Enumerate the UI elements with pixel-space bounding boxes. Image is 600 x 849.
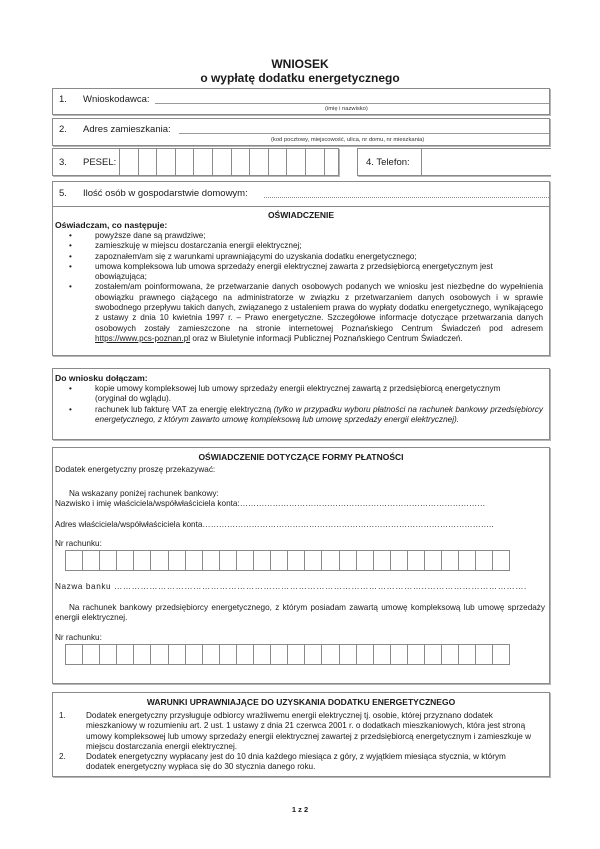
- account-digit-cell[interactable]: [133, 644, 151, 665]
- account-digit-cell[interactable]: [253, 550, 271, 571]
- address-field[interactable]: [179, 133, 549, 134]
- declaration-list: •powyższe dane są prawdziwe; •zamieszkuj…: [95, 231, 543, 344]
- pesel-digit-cell[interactable]: [305, 148, 325, 176]
- account-number-input[interactable]: [65, 550, 510, 571]
- pesel-digit-cell[interactable]: [193, 148, 213, 176]
- account-digit-cell[interactable]: [236, 644, 254, 665]
- field-number: 2.: [59, 124, 67, 135]
- account-digit-cell[interactable]: [304, 644, 322, 665]
- account-digit-cell[interactable]: [82, 550, 100, 571]
- account-digit-cell[interactable]: [373, 550, 391, 571]
- account-digit-cell[interactable]: [270, 644, 288, 665]
- condition-item: 1.Dodatek energetyczny przysługuje odbio…: [59, 711, 537, 752]
- account-number-label: Nr rachunku:: [55, 633, 102, 643]
- household-label: Ilość osób w gospodarstwie domowym:: [83, 188, 248, 199]
- account-digit-cell[interactable]: [304, 550, 322, 571]
- account-digit-cell[interactable]: [356, 644, 374, 665]
- account-digit-cell[interactable]: [356, 550, 374, 571]
- declaration-item: •powyższe dane są prawdziwe;: [95, 231, 543, 241]
- field-number: 5.: [59, 188, 67, 199]
- pesel-digit-cell[interactable]: [268, 148, 288, 176]
- account-digit-cell[interactable]: [492, 550, 510, 571]
- account-owner-address-field[interactable]: Adres właściciela/współwłaściciela konta…: [55, 520, 545, 530]
- pesel-digit-cell[interactable]: [286, 148, 306, 176]
- account-digit-cell[interactable]: [475, 644, 493, 665]
- account-digit-cell[interactable]: [458, 644, 476, 665]
- account-digit-cell[interactable]: [441, 550, 459, 571]
- address-section: 2. Adres zamieszkania: (kod pocztowy, mi…: [52, 118, 550, 146]
- account-digit-cell[interactable]: [65, 644, 83, 665]
- account-digit-cell[interactable]: [373, 644, 391, 665]
- account-digit-cell[interactable]: [116, 644, 134, 665]
- account-digit-cell[interactable]: [99, 550, 117, 571]
- field-number: 3.: [59, 157, 67, 168]
- account-digit-cell[interactable]: [407, 644, 425, 665]
- account-digit-cell[interactable]: [407, 550, 425, 571]
- household-section: 5. Ilość osób w gospodarstwie domowym:: [52, 181, 550, 207]
- account-digit-cell[interactable]: [321, 550, 339, 571]
- pesel-label: PESEL:: [83, 157, 116, 168]
- condition-item: 2.Dodatek energetyczny wypłacany jest do…: [59, 752, 537, 773]
- pesel-digit-cell[interactable]: [175, 148, 195, 176]
- account-digit-cell[interactable]: [150, 644, 168, 665]
- applicant-hint: (imię i nazwisko): [325, 106, 368, 112]
- account-digit-cell[interactable]: [339, 644, 357, 665]
- account-digit-cell[interactable]: [424, 644, 442, 665]
- account-digit-cell[interactable]: [185, 644, 203, 665]
- account-digit-cell[interactable]: [321, 644, 339, 665]
- account-digit-cell[interactable]: [339, 550, 357, 571]
- payment-option-own-account[interactable]: Na wskazany poniżej rachunek bankowy:: [69, 489, 219, 499]
- account-digit-cell[interactable]: [390, 644, 408, 665]
- account-digit-cell[interactable]: [253, 644, 271, 665]
- declaration-item: •zostałem/am poinformowana, że przetwarz…: [95, 282, 543, 344]
- account-digit-cell[interactable]: [150, 550, 168, 571]
- attachments-title: Do wniosku dołączam:: [55, 373, 148, 383]
- account-digit-cell[interactable]: [390, 550, 408, 571]
- attachment-item: •kopie umowy kompleksowej lub umowy sprz…: [95, 384, 543, 405]
- account-digit-cell[interactable]: [441, 644, 459, 665]
- account-owner-name-field[interactable]: Nazwisko i imię właściciela/współwłaścic…: [55, 499, 545, 509]
- account-digit-cell[interactable]: [492, 644, 510, 665]
- account-digit-cell[interactable]: [287, 644, 305, 665]
- applicant-name-field[interactable]: [155, 103, 549, 104]
- account-digit-cell[interactable]: [424, 550, 442, 571]
- phone-section: 4. Telefon:: [357, 148, 550, 176]
- bank-name-field[interactable]: Nazwa banku ……………………………………………………………………………: [55, 582, 545, 592]
- account-number-label: Nr rachunku:: [55, 539, 102, 549]
- conditions-list: 1.Dodatek energetyczny przysługuje odbio…: [59, 711, 537, 773]
- applicant-label: Wnioskodawca:: [83, 94, 150, 105]
- form-subtitle: o wypłatę dodatku energetycznego: [0, 71, 600, 85]
- declaration-item: •umowa kompleksowa lub umowa sprzedaży e…: [95, 262, 543, 283]
- payment-section: OŚWIADCZENIE DOTYCZĄCE FORMY PŁATNOŚCI D…: [52, 447, 550, 684]
- declaration-title: OŚWIADCZENIE: [53, 210, 549, 220]
- page-number: 1 z 2: [0, 805, 600, 814]
- conditions-section: WARUNKI UPRAWNIAJĄCE DO UZYSKANIA DODATK…: [52, 692, 550, 777]
- account-digit-cell[interactable]: [475, 550, 493, 571]
- payment-option-energy-company[interactable]: Na rachunek bankowy przedsiębiorcy energ…: [55, 603, 545, 624]
- account-digit-cell[interactable]: [202, 550, 220, 571]
- payment-title: OŚWIADCZENIE DOTYCZĄCE FORMY PŁATNOŚCI: [53, 452, 549, 462]
- account-digit-cell[interactable]: [168, 644, 186, 665]
- form-title: WNIOSEK: [0, 57, 600, 71]
- account-digit-cell[interactable]: [185, 550, 203, 571]
- declaration-item: •zamieszkuję w miejscu dostarczania ener…: [95, 241, 543, 251]
- pesel-section: 3. PESEL:: [52, 148, 339, 176]
- pesel-digit-cell[interactable]: [212, 148, 232, 176]
- pesel-digit-cell[interactable]: [249, 148, 269, 176]
- declaration-section: OŚWIADCZENIE Oświadczam, co następuje: •…: [52, 206, 550, 356]
- account-digit-cell[interactable]: [219, 550, 237, 571]
- account-digit-cell[interactable]: [133, 550, 151, 571]
- pcs-website-link[interactable]: https://www.pcs-poznan.pl: [95, 334, 190, 343]
- account-digit-cell[interactable]: [219, 644, 237, 665]
- pesel-digit-cell[interactable]: [231, 148, 251, 176]
- declaration-intro: Oświadczam, co następuje:: [55, 220, 167, 230]
- pesel-digit-cell[interactable]: [138, 148, 158, 176]
- pesel-digit-cell[interactable]: [119, 148, 139, 176]
- account-digit-cell[interactable]: [82, 644, 100, 665]
- applicant-section: 1. Wnioskodawca: (imię i nazwisko): [52, 88, 550, 115]
- account-digit-cell[interactable]: [99, 644, 117, 665]
- pesel-digit-cell[interactable]: [156, 148, 176, 176]
- address-label: Adres zamieszkania:: [83, 124, 171, 135]
- account-digit-cell[interactable]: [116, 550, 134, 571]
- phone-input[interactable]: [421, 148, 551, 176]
- account-digit-cell[interactable]: [236, 550, 254, 571]
- account-digit-cell[interactable]: [287, 550, 305, 571]
- conditions-title: WARUNKI UPRAWNIAJĄCE DO UZYSKANIA DODATK…: [53, 697, 549, 707]
- account-digit-cell[interactable]: [202, 644, 220, 665]
- address-hint: (kod pocztowy, miejscowość, ulica, nr do…: [271, 137, 424, 143]
- account-digit-cell[interactable]: [168, 550, 186, 571]
- account-number-input[interactable]: [65, 644, 510, 665]
- account-digit-cell[interactable]: [458, 550, 476, 571]
- declaration-item: •zapoznałem/am się z warunkami uprawniaj…: [95, 252, 543, 262]
- phone-label: 4. Telefon:: [366, 157, 410, 168]
- household-count-field[interactable]: [264, 197, 549, 198]
- attachments-section: Do wniosku dołączam: •kopie umowy komple…: [52, 368, 550, 440]
- account-digit-cell[interactable]: [65, 550, 83, 571]
- payment-intro: Dodatek energetyczny proszę przekazywać:: [55, 465, 215, 475]
- attachment-item: •rachunek lub fakturę VAT za energię ele…: [95, 405, 543, 426]
- account-digit-cell[interactable]: [270, 550, 288, 571]
- pesel-input[interactable]: [120, 148, 325, 176]
- field-number: 1.: [59, 94, 67, 105]
- attachments-list: •kopie umowy kompleksowej lub umowy sprz…: [95, 384, 543, 425]
